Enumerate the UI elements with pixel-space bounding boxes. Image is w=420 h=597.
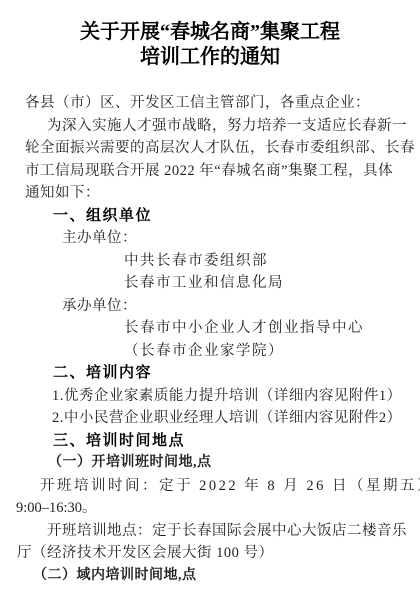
organizer-org-name: （长春市企业家学院） bbox=[124, 340, 408, 363]
section-2-heading: 二、培训内容 bbox=[53, 362, 408, 385]
host-unit-label: 主办单位： bbox=[62, 227, 408, 250]
title-line-1: 关于开展“春城名商”集聚工程 bbox=[10, 20, 410, 45]
section-1-heading: 一、组织单位 bbox=[53, 205, 408, 228]
document-title: 关于开展“春城名商”集聚工程 培训工作的通知 bbox=[10, 20, 410, 70]
opening-time-line: 开班培训时间：定于 2022 年 8 月 26 日（星期五） bbox=[40, 475, 408, 498]
document-body: 各县（市）区、开发区工信主管部门，各重点企业： 为深入实施人才强市战略，努力培养… bbox=[0, 92, 420, 587]
organizer-org-name: 长春市中小企业人才创业指导中心 bbox=[124, 317, 408, 340]
section-3-heading: 三、培训时间地点 bbox=[53, 430, 408, 453]
organizer-unit-label: 承办单位： bbox=[62, 295, 408, 318]
sub-heading-local-training: （二）域内培训时间地,点 bbox=[33, 565, 408, 588]
training-item-2: 2.中小民营企业职业经理人培训（详细内容见附件2） bbox=[52, 407, 408, 430]
intro-line: 市工信局现联合开展 2022 年“春城名商”集聚工程，具体 bbox=[25, 160, 408, 183]
notice-document: 关于开展“春城名商”集聚工程 培训工作的通知 各县（市）区、开发区工信主管部门，… bbox=[0, 0, 420, 597]
opening-place-line: 开班培训地点：定于长春国际会展中心大饭店二楼音乐 bbox=[47, 520, 408, 543]
training-item-1: 1.优秀企业家素质能力提升培训（详细内容见附件1） bbox=[52, 385, 408, 408]
opening-place-line: 厅（经济技术开发区会展大街 100 号） bbox=[17, 542, 408, 565]
opening-time-line: 9:00–16:30。 bbox=[16, 497, 408, 520]
host-org-name: 长春市工业和信息化局 bbox=[124, 272, 408, 295]
intro-line: 轮全面振兴需要的高层次人才队伍，长春市委组织部、长春 bbox=[25, 137, 408, 160]
intro-line: 为深入实施人才强市战略，努力培养一支适应长春新一 bbox=[47, 115, 408, 138]
intro-line: 通知如下： bbox=[25, 182, 408, 205]
salutation: 各县（市）区、开发区工信主管部门，各重点企业： bbox=[25, 92, 408, 115]
host-org-name: 中共长春市委组织部 bbox=[124, 250, 408, 273]
title-line-2: 培训工作的通知 bbox=[10, 45, 410, 70]
sub-heading-opening-session: （一）开培训班时间地,点 bbox=[48, 452, 408, 475]
